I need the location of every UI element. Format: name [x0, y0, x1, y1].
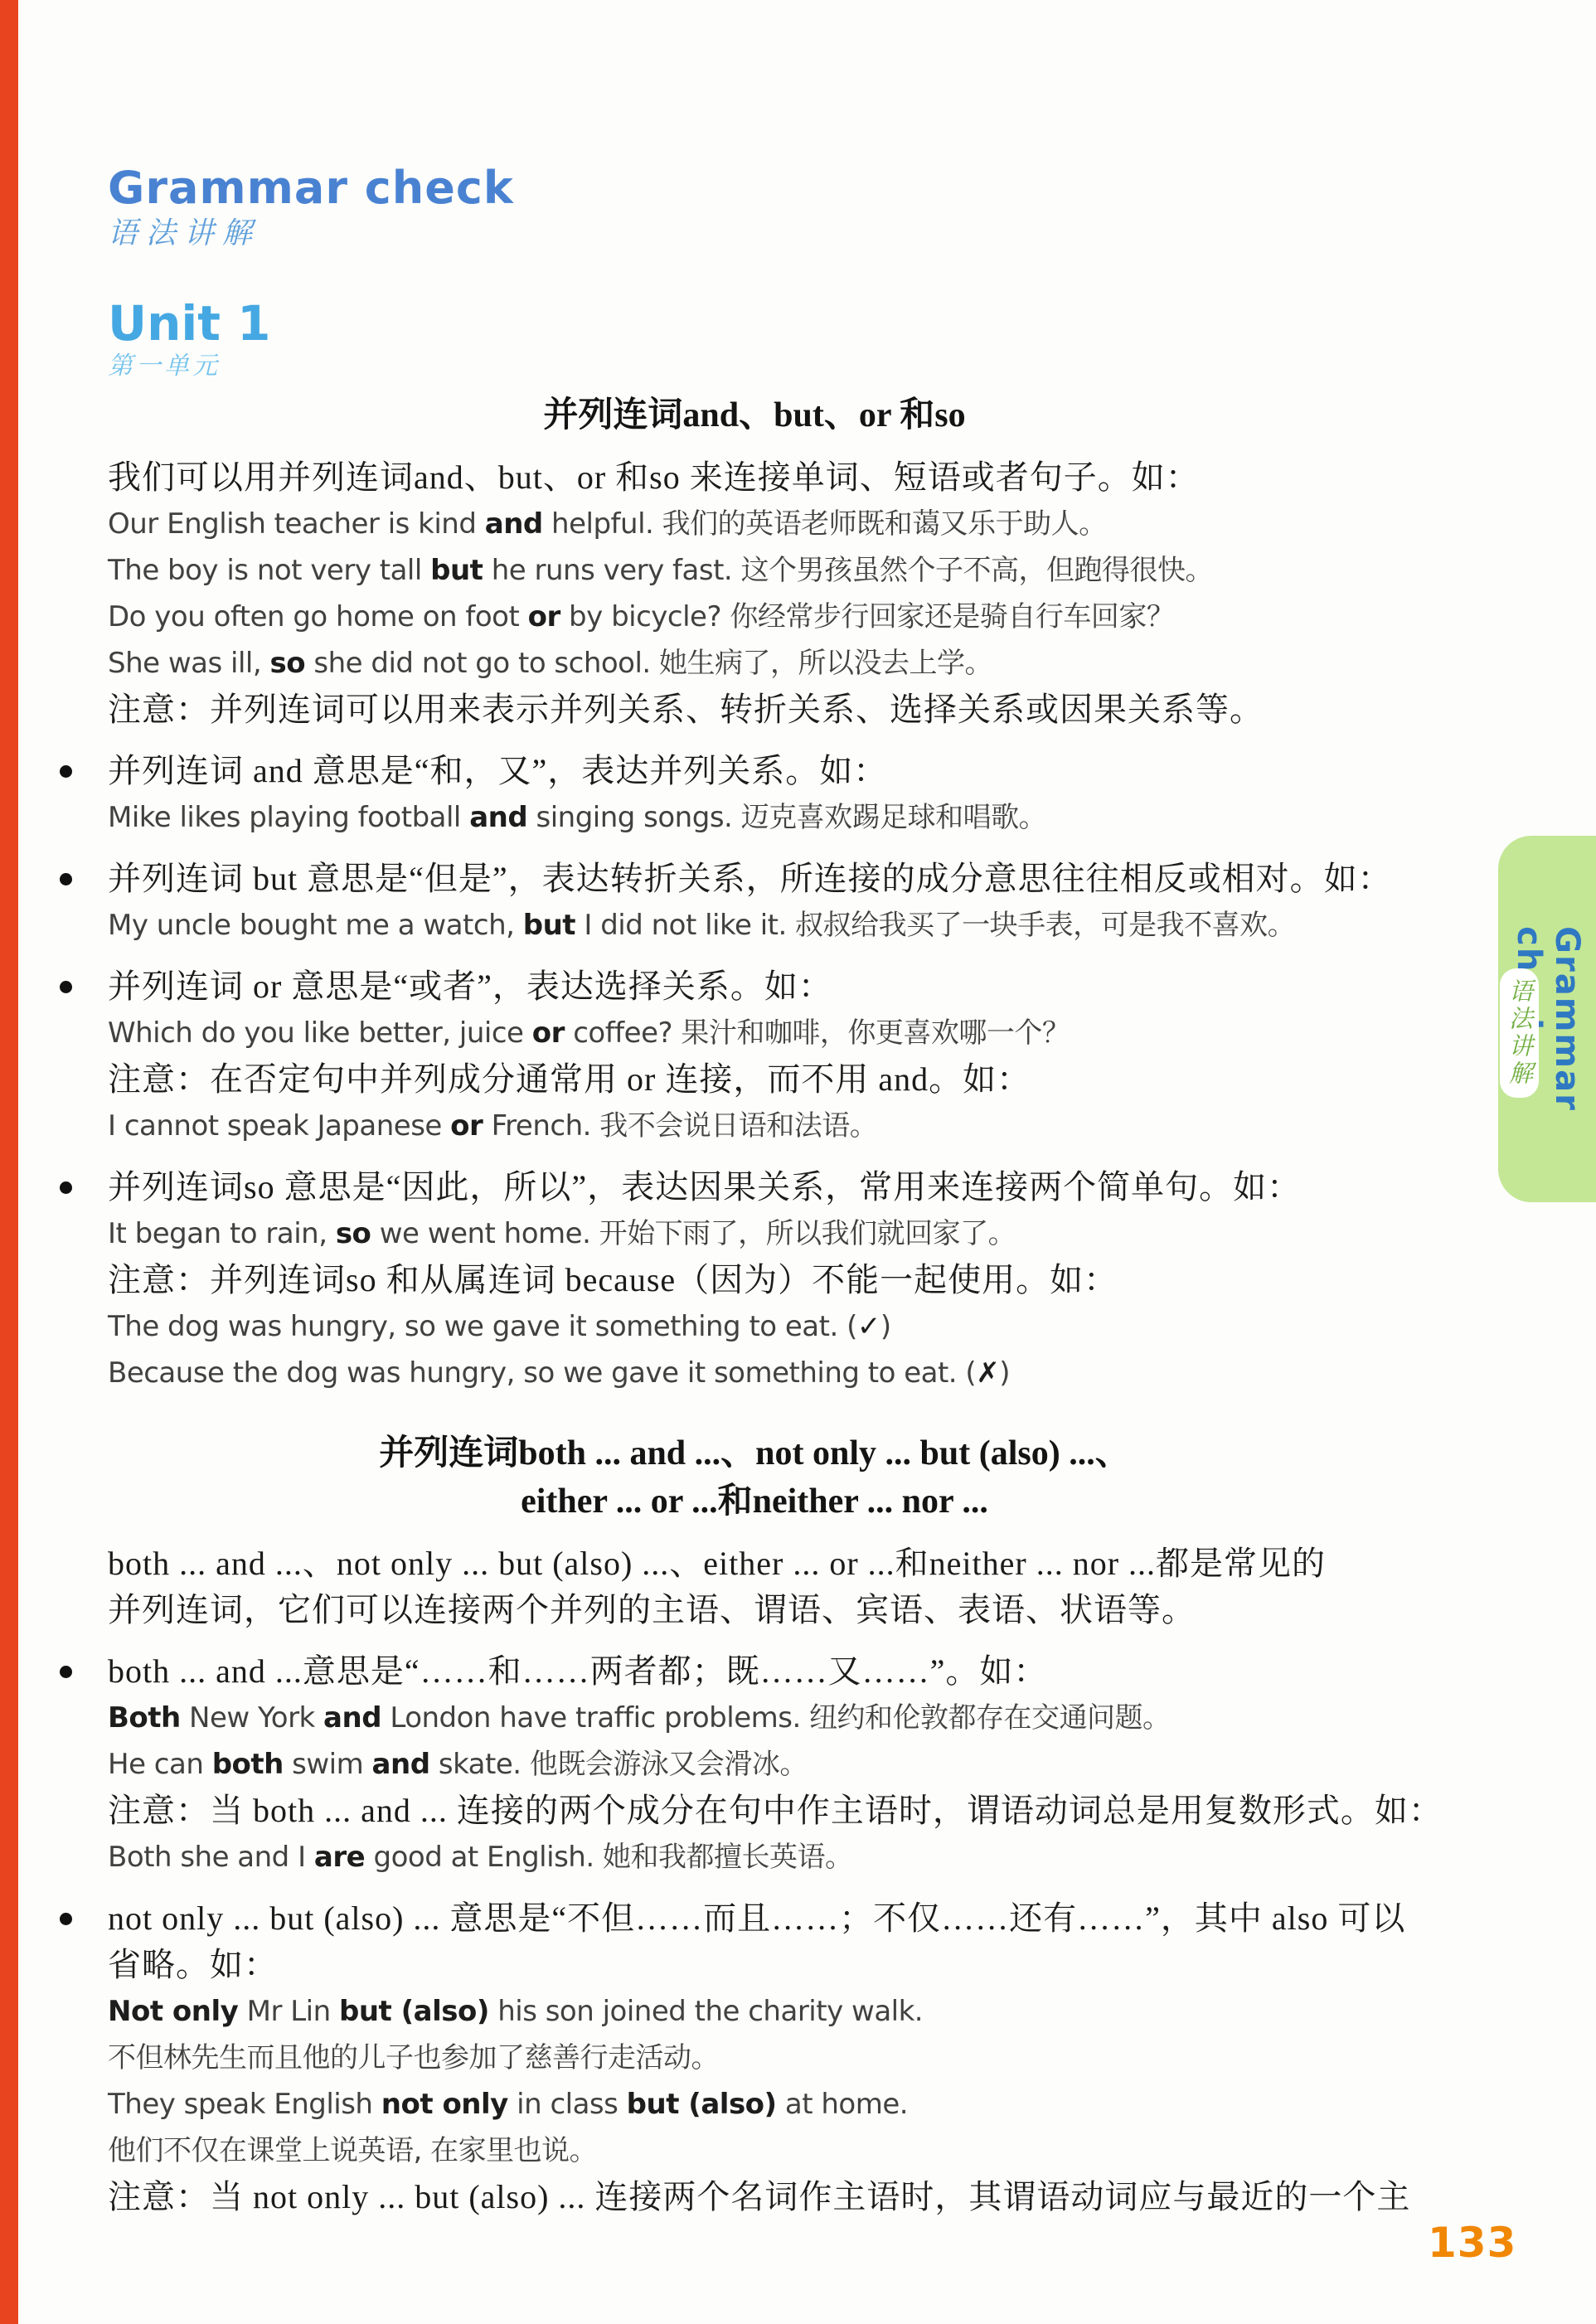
text-segment: Both she and I [108, 1841, 314, 1874]
emphasis-text: or [450, 1109, 483, 1143]
text-segment: New York [181, 1701, 323, 1735]
text-line: Which do you like better, juice or coffe… [108, 1010, 1401, 1056]
emphasis-text: and [372, 1748, 430, 1781]
emphasis-text: and [323, 1701, 381, 1735]
text-segment: he runs very fast. 这个男孩虽然个子不高，但跑得很快。 [483, 554, 1213, 587]
bullet-item: 并列连词 but 意思是“但是”，表达转折关系，所连接的成分意思往往相反或相对。… [108, 856, 1401, 949]
text-line: Do you often go home on foot or by bicyc… [108, 594, 1401, 640]
text-line: 不但林先生而且他的儿子也参加了慈善行走活动。 [108, 2035, 1401, 2081]
text-line: 他们不仅在课堂上说英语, 在家里也说。 [108, 2128, 1401, 2174]
text-segment: She was ill, [108, 647, 269, 680]
text-segment: good at English. 她和我都擅长英语。 [365, 1841, 852, 1874]
text-segment: singing songs. 迈克喜欢踢足球和唱歌。 [527, 801, 1046, 834]
bullet-item: 并列连词so 意思是“因此，所以”，表达因果关系，常用来连接两个简单句。如：It… [108, 1164, 1401, 1396]
emphasis-text: but (also) [339, 1995, 489, 2028]
text-segment: Because the dog was hungry, so we gave i… [108, 1356, 976, 1390]
text-segment: both ... and ...意思是“……和……两者都；既……又……”。如： [108, 1652, 1047, 1690]
emphasis-text: or [532, 1016, 565, 1050]
text-line: My uncle bought me a watch, but I did no… [108, 902, 1401, 949]
text-line: both ... and ...、not only ... but (also)… [108, 1540, 1401, 1587]
emphasis-text: so [336, 1217, 371, 1250]
text-line: 并列连词，它们可以连接两个并列的主语、谓语、宾语、表语、状语等。 [108, 1587, 1401, 1633]
text-segment: Do you often go home on foot [108, 600, 528, 633]
emphasis-text: so [269, 647, 305, 680]
text-segment: Our English teacher is kind [108, 507, 485, 541]
text-line: Both New York and London have traffic pr… [108, 1695, 1401, 1741]
text-segment: 注意：当 both ... and ... 连接的两个成分在句中作主语时，谓语动… [108, 1792, 1443, 1829]
text-line: 省略。如： [108, 1942, 1401, 1988]
text-segment: 注意：并列连词可以用来表示并列关系、转折关系、选择关系或因果关系等。 [108, 691, 1264, 728]
emphasis-text: ✓ [857, 1310, 880, 1343]
emphasis-text: Both [108, 1701, 181, 1735]
text-segment: coffee? 果汁和咖啡，你更喜欢哪一个？ [565, 1016, 1070, 1050]
page-edge-strip [0, 0, 18, 2324]
bullet-dot [60, 873, 72, 885]
text-segment: 不但林先生而且他的儿子也参加了慈善行走活动。 [108, 2041, 719, 2074]
text-segment: 注意：并列连词so 和从属连词 because（因为）不能一起使用。如： [108, 1261, 1118, 1298]
emphasis-text: and [469, 801, 527, 834]
text-line: 并列连词 but 意思是“但是”，表达转折关系，所连接的成分意思往往相反或相对。… [108, 856, 1401, 902]
text-line: 注意：在否定句中并列成分通常用 or 连接，而不用 and。如： [108, 1056, 1401, 1103]
text-segment: we went home. 开始下雨了，所以我们就回家了。 [371, 1217, 1016, 1250]
bullet-item: 并列连词 or 意思是“或者”，表达选择关系。如：Which do you li… [108, 963, 1401, 1149]
bullet-dot [60, 981, 72, 993]
section-title-line: either ... or ...和neither ... nor ... [108, 1477, 1401, 1526]
text-segment: London have traffic problems. 纽约和伦敦都存在交通… [381, 1701, 1171, 1735]
paragraph: both ... and ...、not only ... but (also)… [108, 1540, 1401, 1633]
text-segment: The dog was hungry, so we gave it someth… [108, 1310, 857, 1343]
text-segment: 注意：当 not only ... but (also) ... 连接两个名词作… [108, 2178, 1410, 2215]
bullet-dot [60, 1181, 72, 1194]
emphasis-text: ✗ [976, 1356, 999, 1390]
page-content: Grammar check 语法讲解 Unit 1 第一单元 并列连词and、b… [108, 0, 1401, 2220]
emphasis-text: but [523, 909, 575, 942]
bullet-item: both ... and ...意思是“……和……两者都；既……又……”。如：B… [108, 1648, 1401, 1880]
text-line: It began to rain, so we went home. 开始下雨了… [108, 1211, 1401, 1257]
page-title-chinese: 语法讲解 [108, 214, 1401, 252]
text-segment: ) [880, 1310, 891, 1343]
text-segment: They speak English [108, 2088, 381, 2121]
text-line: Because the dog was hungry, so we gave i… [108, 1350, 1401, 1396]
text-line: Not only Mr Lin but (also) his son joine… [108, 1988, 1401, 2035]
bullet-item: not only ... but (also) ... 意思是“不但……而且……… [108, 1895, 1401, 2220]
text-segment: 并列连词 or 意思是“或者”，表达选择关系。如： [108, 968, 832, 1005]
emphasis-text: Not only [108, 1995, 238, 2028]
text-line: The boy is not very tall but he runs ver… [108, 547, 1401, 594]
text-segment: helpful. 我们的英语老师既和蔼又乐于助人。 [543, 507, 1107, 541]
text-segment: My uncle bought me a watch, [108, 909, 523, 942]
text-segment: 并列连词，它们可以连接两个并列的主语、谓语、宾语、表语、状语等。 [108, 1591, 1196, 1628]
unit-heading: Unit 1 [108, 297, 1401, 350]
text-line: 注意：并列连词so 和从属连词 because（因为）不能一起使用。如： [108, 1257, 1401, 1303]
text-segment: Which do you like better, juice [108, 1016, 532, 1050]
unit-heading-chinese: 第一单元 [108, 350, 1401, 383]
text-line: The dog was hungry, so we gave it someth… [108, 1303, 1401, 1350]
text-segment: The boy is not very tall [108, 554, 430, 587]
emphasis-text: are [314, 1841, 365, 1874]
text-segment: 并列连词so 意思是“因此，所以”，表达因果关系，常用来连接两个简单句。如： [108, 1168, 1301, 1206]
text-line: 我们可以用并列连词and、but、or 和so 来连接单词、短语或者句子。如： [108, 454, 1401, 501]
emphasis-text: but (also) [627, 2088, 777, 2121]
text-line: 注意：当 not only ... but (also) ... 连接两个名词作… [108, 2174, 1401, 2220]
text-line: 并列连词 and 意思是“和，又”，表达并列关系。如： [108, 748, 1401, 794]
bullet-item: 并列连词 and 意思是“和，又”，表达并列关系。如：Mike likes pl… [108, 748, 1401, 841]
page-number: 133 [1428, 2219, 1516, 2267]
text-segment: swim [284, 1748, 372, 1781]
text-segment: in class [508, 2088, 627, 2121]
emphasis-text: and [485, 507, 543, 541]
text-segment: French. 我不会说日语和法语。 [483, 1109, 877, 1143]
section-title-line: 并列连词both ... and ...、not only ... but (a… [108, 1429, 1401, 1477]
emphasis-text: but [430, 554, 483, 587]
chapter-index-tab-subtitle: 语法讲解 [1500, 968, 1539, 1098]
page-title: Grammar check [108, 164, 1401, 212]
chapter-index-tab: Grammar check 语法讲解 [1498, 836, 1596, 1202]
text-segment: It began to rain, [108, 1217, 336, 1250]
text-segment: 并列连词 and 意思是“和，又”，表达并列关系。如： [108, 752, 887, 789]
bullet-dot [60, 1666, 72, 1678]
text-line: They speak English not only in class but… [108, 2081, 1401, 2128]
bullet-dot [60, 765, 72, 778]
text-segment: 注意：在否定句中并列成分通常用 or 连接，而不用 and。如： [108, 1060, 1031, 1098]
text-segment: at home. [777, 2088, 908, 2121]
text-line: He can both swim and skate. 他既会游泳又会滑冰。 [108, 1741, 1401, 1788]
text-segment: she did not go to school. 她生病了，所以没去上学。 [305, 647, 992, 680]
text-line: 并列连词so 意思是“因此，所以”，表达因果关系，常用来连接两个简单句。如： [108, 1164, 1401, 1211]
text-segment: by bicycle? 你经常步行回家还是骑自行车回家？ [560, 600, 1175, 633]
bullet-dot [60, 1913, 72, 1925]
text-line: 并列连词 or 意思是“或者”，表达选择关系。如： [108, 963, 1401, 1010]
document-body: 并列连词and、but、or 和so我们可以用并列连词and、but、or 和s… [108, 391, 1401, 2220]
text-segment: 省略。如： [108, 1946, 278, 1983]
text-line: not only ... but (also) ... 意思是“不但……而且……… [108, 1895, 1401, 1942]
text-segment: 并列连词 but 意思是“但是”，表达转折关系，所连接的成分意思往往相反或相对。… [108, 860, 1392, 897]
text-line: 注意：当 both ... and ... 连接的两个成分在句中作主语时，谓语动… [108, 1788, 1401, 1834]
text-line: I cannot speak Japanese or French. 我不会说日… [108, 1103, 1401, 1149]
paragraph: 我们可以用并列连词and、but、or 和so 来连接单词、短语或者句子。如：O… [108, 454, 1401, 733]
text-segment: Mike likes playing football [108, 801, 469, 834]
section-title: 并列连词and、but、or 和so [108, 391, 1401, 439]
text-segment: Mr Lin [238, 1995, 339, 2028]
text-segment: his son joined the charity walk. [489, 1995, 923, 2028]
text-segment: not only ... but (also) ... 意思是“不但……而且……… [108, 1899, 1405, 1937]
text-segment: 我们可以用并列连词and、but、or 和so 来连接单词、短语或者句子。如： [108, 458, 1200, 496]
text-segment: I did not like it. 叔叔给我买了一块手表，可是我不喜欢。 [575, 909, 1295, 942]
text-segment: both ... and ...、not only ... but (also)… [108, 1545, 1326, 1582]
text-segment: He can [108, 1748, 212, 1781]
text-segment: ) [999, 1356, 1010, 1390]
emphasis-text: not only [381, 2088, 508, 2121]
text-line: Mike likes playing football and singing … [108, 794, 1401, 841]
text-segment: I cannot speak Japanese [108, 1109, 450, 1143]
emphasis-text: both [212, 1748, 284, 1781]
text-line: Both she and I are good at English. 她和我都… [108, 1834, 1401, 1880]
text-line: She was ill, so she did not go to school… [108, 640, 1401, 687]
text-segment: 他们不仅在课堂上说英语, 在家里也说。 [108, 2134, 597, 2167]
text-line: both ... and ...意思是“……和……两者都；既……又……”。如： [108, 1648, 1401, 1695]
section-title-line: 并列连词and、but、or 和so [108, 391, 1401, 439]
text-segment: skate. 他既会游泳又会滑冰。 [430, 1748, 808, 1781]
text-line: Our English teacher is kind and helpful.… [108, 501, 1401, 547]
section-title: 并列连词both ... and ...、not only ... but (a… [108, 1429, 1401, 1526]
emphasis-text: or [528, 600, 560, 633]
text-line: 注意：并列连词可以用来表示并列关系、转折关系、选择关系或因果关系等。 [108, 687, 1401, 733]
